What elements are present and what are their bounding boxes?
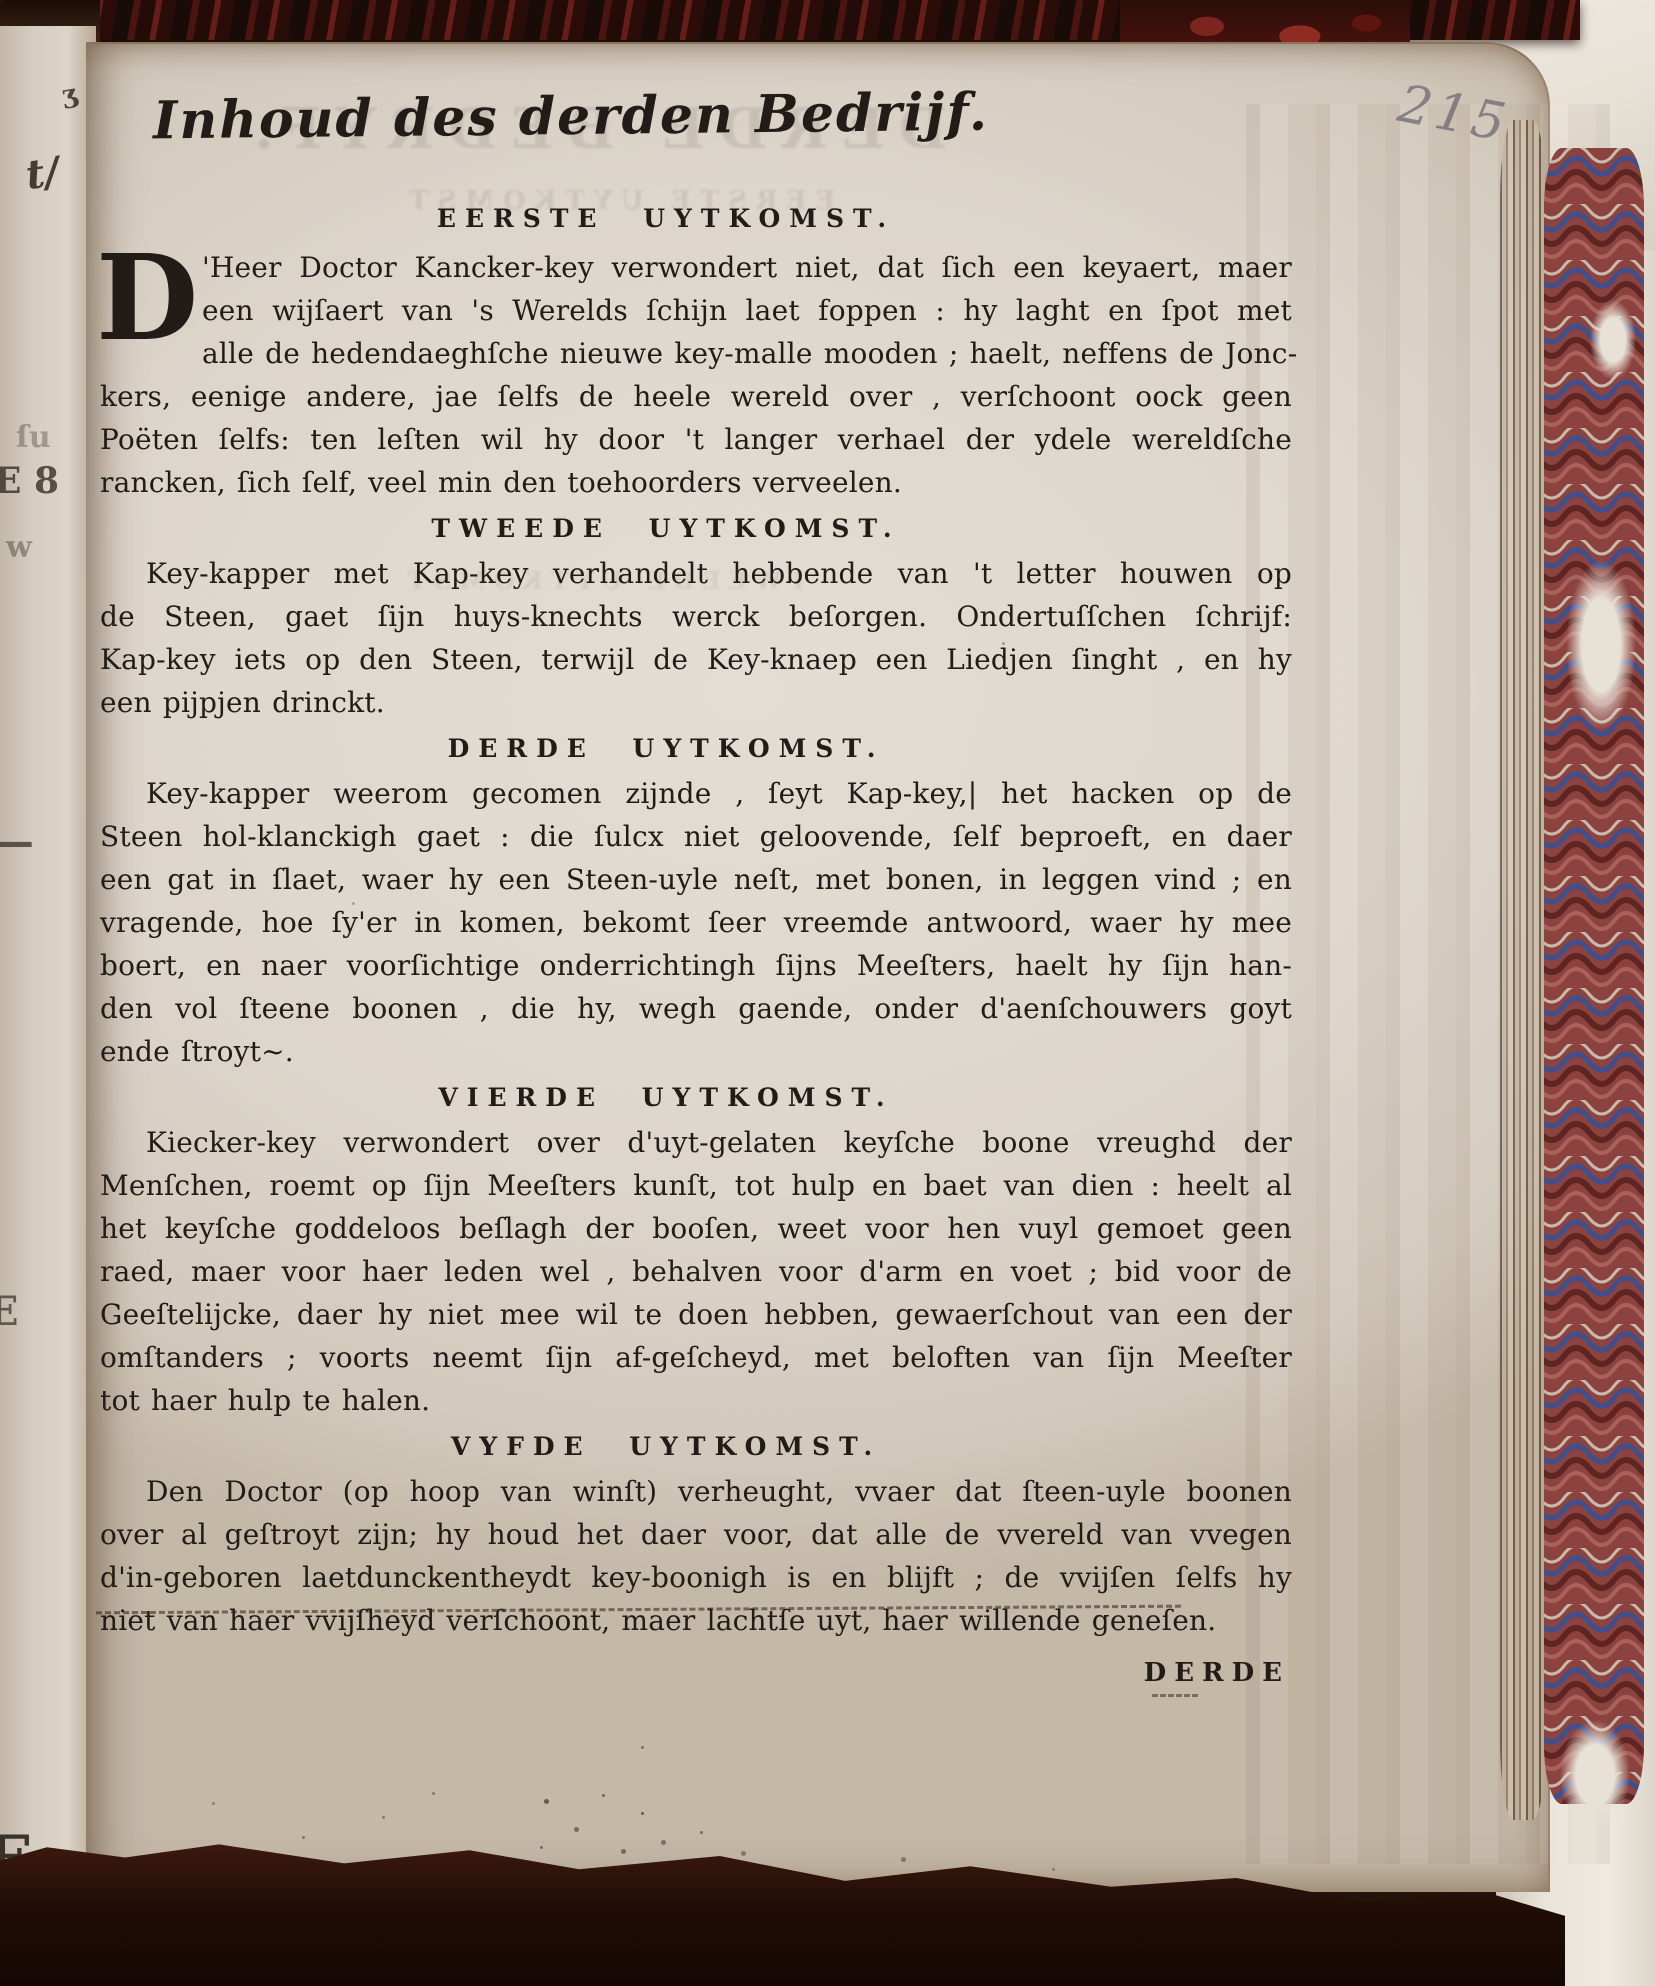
body-line: vragende, hoe ſy'er in komen, bekomt ſee…	[100, 901, 1292, 944]
show-through-ghost: DERDE BEDRYF.	[240, 96, 948, 162]
marble-pattern	[1544, 148, 1644, 1804]
catchword: DERDE	[100, 1658, 1292, 1688]
body-line: een pijpjen drinckt.	[100, 681, 1292, 724]
margin-ink-mark: E	[0, 1288, 19, 1335]
body-line: Menſchen, roemt op ſijn Meeſters kunſt, …	[100, 1164, 1292, 1207]
body-line: boert, en naer voorſichtige onderrichtin…	[100, 944, 1292, 987]
previous-page-edge	[0, 26, 96, 1986]
body-line: den vol ſteene boonen , die hy, wegh gae…	[100, 987, 1292, 1030]
body-line: rancken, ſich ſelf, veel min den toehoor…	[100, 461, 1292, 504]
body-line: een wijſaert van 's Werelds ſchijn laet …	[100, 289, 1292, 332]
body-line: d'in-geboren laetdunckentheydt key-booni…	[100, 1556, 1292, 1599]
body-line: Kap-key iets op den Steen, terwijl de Ke…	[100, 638, 1292, 681]
paragraph-eerste: D 'Heer Doctor Kancker-key verwondert ni…	[100, 246, 1292, 504]
catchword-underline	[1152, 1694, 1198, 1697]
body-line: raed, maer voor haer leden wel , behalve…	[100, 1250, 1292, 1293]
body-line: ende ſtroyt~.	[100, 1030, 1292, 1073]
margin-ink-mark: w	[6, 530, 32, 565]
paragraph-vyfde: Den Doctor (op hoop van winſt) verheught…	[100, 1470, 1292, 1642]
page-content: Inhoud des derden Bedrijf. EERSTE UYTKOM…	[100, 60, 1292, 1688]
endpaper-tear	[1560, 1720, 1630, 1830]
drop-cap: D	[96, 250, 190, 336]
paragraph-derde: Key-kapper weerom gecomen zijnde , ſeyt …	[100, 772, 1292, 1073]
body-line: Kiecker-key verwondert over d'uyt-gelate…	[100, 1121, 1292, 1164]
body-line: Den Doctor (op hoop van winſt) verheught…	[100, 1470, 1292, 1513]
body-line: Poëten ſelfs: ten leſten wil hy door 't …	[100, 418, 1292, 461]
body-line: kers, eenige andere, jae ſelfs de heele …	[100, 375, 1292, 418]
body-line: een gat in ſlaet, waer hy een Steen-uyle…	[100, 858, 1292, 901]
section-heading-tweede: TWEEDE UYTKOMST.	[100, 510, 1232, 548]
section-heading-vyfde: VYFDE UYTKOMST.	[100, 1428, 1232, 1466]
body-line: over al geſtroyt zijn; hy houd het daer …	[100, 1513, 1292, 1556]
body-line: omſtanders ; voorts neemt ſijn af-geſche…	[100, 1336, 1292, 1379]
endpaper-tear	[1590, 300, 1636, 380]
body-line: 'Heer Doctor Kancker-key verwondert niet…	[100, 246, 1292, 289]
section-heading-derde: DERDE UYTKOMST.	[100, 730, 1232, 768]
margin-ink-mark: t/	[23, 148, 62, 199]
margin-ink-mark: E 8	[0, 460, 59, 502]
section-heading-vierde: VIERDE UYTKOMST.	[100, 1079, 1232, 1117]
show-through-ghost: TWEEDE UYTKOMST	[400, 566, 808, 595]
body-line: Geeſtelijcke, daer hy niet mee wil te do…	[100, 1293, 1292, 1336]
body-line: Key-kapper weerom gecomen zijnde , ſeyt …	[100, 772, 1292, 815]
margin-ink-mark: ſu	[16, 420, 51, 455]
endpaper-tear	[1566, 560, 1636, 730]
body-line: tot haer hulp te halen.	[100, 1379, 1292, 1422]
marbled-endpaper	[1544, 148, 1644, 1804]
body-line: het keyſche goddeloos beſlagh der booſen…	[100, 1207, 1292, 1250]
body-line: alle de hedendaeghſche nieuwe key-malle …	[100, 332, 1292, 375]
book-page: Inhoud des derden Bedrijf. EERSTE UYTKOM…	[86, 42, 1550, 1892]
margin-ink-mark: —	[0, 816, 34, 867]
paragraph-vierde: Kiecker-key verwondert over d'uyt-gelate…	[100, 1121, 1292, 1422]
fore-edge-pages	[1500, 120, 1546, 1820]
foxing-speckles	[0, 0, 3, 3]
body-line: Steen hol-klanckigh gaet : die ſulcx nie…	[100, 815, 1292, 858]
book-photo: { "colors": { "paper": "#ded7cd", "ink":…	[0, 0, 1655, 1986]
show-through-ghost: EERSTE UYTKOMST	[400, 186, 835, 216]
body-line: de Steen, gaet ſijn huys-knechts werck b…	[100, 595, 1292, 638]
